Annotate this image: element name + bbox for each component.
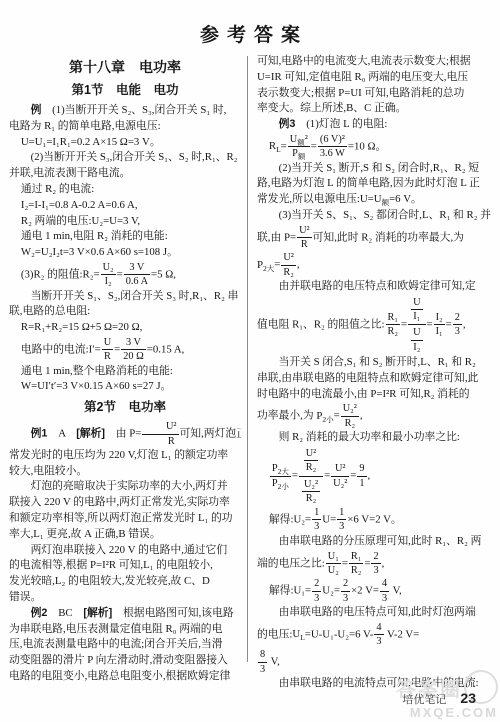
fraction: 13 bbox=[337, 507, 346, 533]
text-line: 联,由 P=U²R可知,此时 R₂ 消耗的功率最大,为 bbox=[257, 224, 495, 252]
fraction: U₂I₂ bbox=[101, 262, 116, 288]
text-line: 则 R₂ 消耗的最大功率和最小功率之比: bbox=[257, 430, 495, 446]
page-title: 参考答案 bbox=[0, 20, 500, 47]
text-line: 电路中的电流:I′=UR=3 V20 Ω=0.15 A, bbox=[9, 336, 241, 364]
fraction: 23 bbox=[341, 578, 350, 604]
text-line: P2大=U²R₂, bbox=[257, 251, 495, 279]
text-line: 率变大。综上所述,B、C 正确。 bbox=[257, 101, 495, 117]
text-line: 例1 A [解析] 由 P=U²R可知,两灯泡正 bbox=[9, 420, 241, 448]
text-line: 由并联电路的电压特点和欧姆定律可知,定 bbox=[257, 279, 495, 295]
fraction: U额²P额 bbox=[288, 134, 310, 160]
fraction: 3 V20 Ω bbox=[121, 337, 146, 363]
fraction: R₁R₂ bbox=[349, 551, 363, 577]
fraction: 23 bbox=[453, 312, 462, 338]
fraction: 3 V0.6 A bbox=[124, 262, 150, 288]
fraction: UI₂ bbox=[411, 327, 422, 353]
text-line: 较大,电阻较小。 bbox=[9, 464, 241, 480]
fraction: 91 bbox=[357, 463, 366, 489]
column-divider bbox=[247, 56, 248, 662]
text-line: 例3 (1)灯泡 L 的电阻: bbox=[257, 117, 495, 133]
text-line: 动变阻器的滑片 P 向左滑动时,滑动变阻器接入 bbox=[9, 653, 241, 669]
text-line: 表示数变大;根据 P=UI 可知,电路消耗的总功 bbox=[257, 86, 495, 102]
text-line: W=UI′t′=3 V×0.15 A×60 s=27 J。 bbox=[9, 379, 241, 395]
page-footer: 培优笔记 23 bbox=[402, 690, 476, 707]
text-line: 时电路中的电流最小,由 P=I²R 可知,R₂ 消耗的 bbox=[257, 387, 495, 403]
text-line: 解得:U₂=13U=13×6 V=2 V。 bbox=[257, 506, 495, 534]
fraction: U₂²R₂ bbox=[341, 403, 359, 429]
fraction: 43 bbox=[380, 578, 389, 604]
fraction: UI₁ bbox=[411, 297, 422, 323]
text-line: R₂ 两端的电压:U₂=U=3 V, bbox=[9, 214, 241, 230]
text-line: (3)R₂ 的阻值:R₂=U₂I₂=3 V0.6 A=5 Ω, bbox=[9, 261, 241, 289]
fraction: U²R₂ bbox=[281, 252, 296, 278]
fraction: R₁R₂ bbox=[386, 312, 400, 338]
text-line: 可知,电路中的电流变大,电流表示数变大;根据 bbox=[257, 54, 495, 70]
fraction: U₂²R₂ bbox=[302, 479, 320, 505]
text-line: 当开关 S 闭合,S₁ 和 S₂ 断开时,L、R₁ 和 R₂ bbox=[257, 355, 495, 371]
text-line: 率大,L₁ 更亮,故 A 正确,B 错误。 bbox=[9, 527, 241, 543]
text-line: 常发光时的电压均为 220 V,灯泡 L₁ 的额定功率 bbox=[9, 448, 241, 464]
fraction: U²R₂U₂²R₂ bbox=[299, 447, 323, 505]
text-line: 例2 BC [解析] 根据电路图可知,该电路 bbox=[9, 606, 241, 622]
answer-page: 参考答案 第十八章 电功率第1节 电能 电功例 (1)当断开开关 S₂、S₃,闭… bbox=[0, 0, 500, 722]
text-line: I₂=I-I₁=0.8 A-0.2 A=0.6 A, bbox=[9, 198, 241, 214]
text-line: 并联,电流表测干路电流。 bbox=[9, 166, 241, 182]
text-line: 常发光,所以电源电压:U=U额=6 V。 bbox=[257, 192, 495, 208]
fraction: 13 bbox=[312, 507, 321, 533]
text-line: 功率最小,为 P2小=U₂²R₂, bbox=[257, 402, 495, 430]
left-column: 第十八章 电功率第1节 电能 电功例 (1)当断开开关 S₂、S₃,闭合开关 S… bbox=[9, 54, 241, 704]
text-line: 发光较暗,L₂ 的电阻较大,发光较亮,故 C、D bbox=[9, 574, 241, 590]
fraction: (6 V)²3.6 W bbox=[318, 134, 347, 160]
fraction: U²U₂² bbox=[331, 463, 349, 489]
fraction: U₁U₂ bbox=[326, 551, 341, 577]
text-line: R=R₁+R₂=15 Ω+5 Ω=20 Ω, bbox=[9, 320, 241, 336]
fraction: 43 bbox=[374, 622, 383, 648]
text-line: 为串联电路,电压表测量定值电阻 R₀ 两端的电 bbox=[9, 622, 241, 638]
text-line: P2大P2小=U²R₂U₂²R₂=U²U₂²=91, bbox=[257, 446, 495, 506]
text-line: 灯泡的亮暗取决于实际功率的大小,两灯并 bbox=[9, 479, 241, 495]
fraction: 23 bbox=[312, 578, 321, 604]
text-line: U=IR 可知,定值电阻 R₀ 两端的电压变大,电压 bbox=[257, 70, 495, 86]
text-line: 路,电路为灯泡 L 的简单电路,因为此时灯泡 L 正 bbox=[257, 176, 495, 192]
fraction: U²R₂ bbox=[304, 448, 319, 474]
watermark-site: MXQE.COM bbox=[396, 705, 498, 720]
text-line: 例 (1)当断开开关 S₂、S₃,闭合开关 S₁ 时, bbox=[9, 103, 241, 119]
text-line: 联接入 220 V 的电路中,两灯正常发光,实际功率 bbox=[9, 495, 241, 511]
text-line: 的电流相等,根据 P=I²R 可知,L₁ 的电阻较小, bbox=[9, 558, 241, 574]
text-line: 错误。 bbox=[9, 590, 241, 606]
fraction: UR bbox=[102, 337, 113, 363]
text-line: 端的电压之比:U₁U₂=R₁R₂=23, bbox=[257, 550, 495, 578]
text-line: 电路为 R₁ 的简单电路,电源电压: bbox=[9, 119, 241, 135]
text-line: 的电压:UL=U-U₁-U₂=6 V-43 V-2 V= bbox=[257, 621, 495, 649]
text-line: 当断开开关 S₁、S₂,闭合开关 S₃ 时,R₁、R₂ 串 bbox=[9, 289, 241, 305]
text-line: 压,电流表测量电路中的电流;闭合开关后,当滑 bbox=[9, 637, 241, 653]
text-line: 和额定功率相等,所以两灯泡正常发光时 L₁ 的功 bbox=[9, 511, 241, 527]
chapter-heading: 第十八章 电功率 bbox=[9, 56, 241, 78]
text-line: 由串联电路的电压特点可知,此时灯泡两端 bbox=[257, 605, 495, 621]
text-line: W₂=U₂I₂t=3 V×0.6 A×60 s=108 J。 bbox=[9, 245, 241, 261]
text-line: 电路的电阻变小,电路总电阻变小,根据欧姆定律 bbox=[9, 669, 241, 685]
fraction: U²R bbox=[142, 421, 178, 447]
fraction: U²R bbox=[297, 225, 312, 251]
fraction: 83 bbox=[258, 649, 267, 675]
text-line: 串联,由串联电路的电阻特点和欧姆定律可知,此 bbox=[257, 371, 495, 387]
page-number: 23 bbox=[460, 690, 476, 706]
text-line: 由串联电路的分压原理可知,此时 R₁、R₂ 两 bbox=[257, 534, 495, 550]
fraction: P2大P2小 bbox=[270, 463, 291, 489]
text-line: 通电 1 min,电阻 R₂ 消耗的电能: bbox=[9, 229, 241, 245]
footer-brand: 培优笔记 bbox=[402, 691, 446, 707]
text-line: 联,电路的总电阻: bbox=[9, 304, 241, 320]
right-column: 可知,电路中的电流变大,电流表示数变大;根据U=IR 可知,定值电阻 R₀ 两端… bbox=[257, 54, 495, 704]
text-line: 通过 R₂ 的电流: bbox=[9, 182, 241, 198]
fraction: UI₁UI₂ bbox=[408, 296, 425, 354]
text-line: 两灯泡串联接入 220 V 的电路中,通过它们 bbox=[9, 543, 241, 559]
text-line: 解得:U₁=23U₂=23×2 V=43 V, bbox=[257, 577, 495, 605]
text-line: (2)当断开开关 S₃,闭合开关 S₁、S₂ 时,R₁、R₂ bbox=[9, 150, 241, 166]
text-line: (3)当开关 S、S₁、S₂ 都闭合时,L、R₁ 和 R₂ 并 bbox=[257, 208, 495, 224]
fraction: 23 bbox=[371, 551, 380, 577]
section-heading: 第2节 电功率 bbox=[9, 397, 241, 418]
text-line: 通电 1 min,整个电路消耗的电能: bbox=[9, 364, 241, 380]
fraction: I₂I₁ bbox=[434, 312, 445, 338]
text-line: (2)当开关 S₁ 断开,S 和 S₂ 闭合时,R₁、R₂ 短 bbox=[257, 161, 495, 177]
section-heading: 第1节 电能 电功 bbox=[9, 80, 241, 101]
text-line: 值电阻 R₁、R₂ 的阻值之比:R₁R₂=UI₁UI₂=I₂I₁=23, bbox=[257, 295, 495, 355]
text-line: RL=U额²P额=(6 V)²3.6 W=10 Ω。 bbox=[257, 133, 495, 161]
text-line: U=U₁=I₁R₁=0.2 A×15 Ω=3 V。 bbox=[9, 135, 241, 151]
